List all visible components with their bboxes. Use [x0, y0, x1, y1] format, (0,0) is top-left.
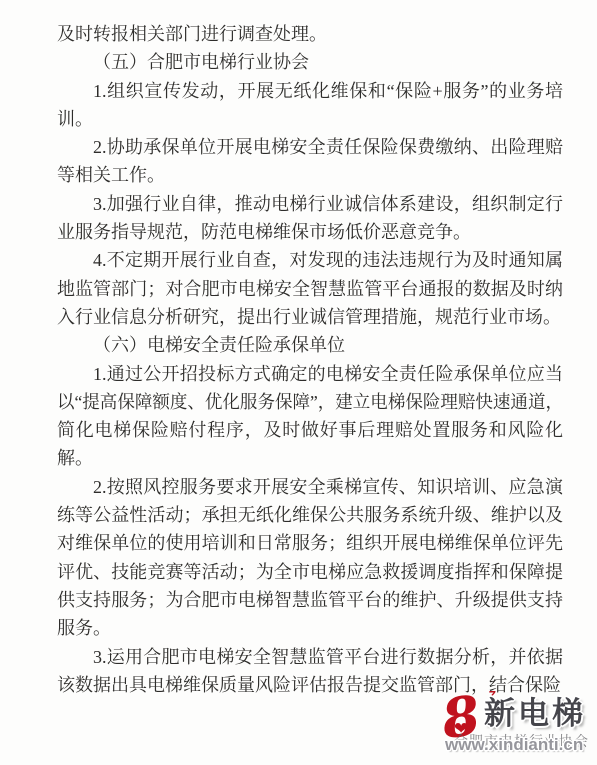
text-line: 1.组织宣传发动，开展无纸化维保和“保险+服务”的业务培 — [57, 77, 563, 105]
paragraph: 4.不定期开展行业自查，对发现的违法违规行为及时通知属地监管部门；对合肥市电梯安… — [57, 246, 563, 331]
paragraph: 2.协助承保单位开展电梯安全责任保险保费缴纳、出险理赔等相关工作。 — [57, 133, 563, 190]
text-line: 服务。 — [57, 614, 563, 642]
document-page: 及时转报相关部门进行调查处理。（五）合肥市电梯行业协会1.组织宣传发动，开展无纸… — [0, 0, 597, 765]
text-line: 地监管部门；对合肥市电梯安全智慧监管平台通报的数据及时纳 — [57, 275, 563, 303]
paragraph: 2.按照风控服务要求开展安全乘梯宣传、知识培训、应急演练等公益性活动；承担无纸化… — [57, 473, 563, 643]
text-line: （五）合肥市电梯行业协会 — [57, 48, 563, 76]
xindianti-logo: 8 ❤ 7 合肥市电梯行业协会 新电梯 www.xindianti.cn — [440, 694, 597, 765]
text-line: 1.通过公开招投标方式确定的电梯安全责任险承保单位应当 — [57, 360, 563, 388]
text-line: 供支持服务；为合肥市电梯智慧监管平台的维护、升级提供支持 — [57, 586, 563, 614]
paragraph: 及时转报相关部门进行调查处理。 — [57, 20, 563, 48]
text-line: 评优、技能竞赛等活动；为全市电梯应急救援调度指挥和保障提 — [57, 558, 563, 586]
text-line: 及时转报相关部门进行调查处理。 — [57, 20, 563, 48]
text-line: 训。 — [57, 105, 563, 133]
logo-title: 新电梯 — [484, 697, 586, 731]
paragraph: 3.加强行业自律，推动电梯行业诚信体系建设，组织制定行业服务指导规范，防范电梯维… — [57, 190, 563, 247]
paragraph: 1.组织宣传发动，开展无纸化维保和“保险+服务”的业务培训。 — [57, 77, 563, 134]
text-line: 3.运用合肥市电梯安全智慧监管平台进行数据分析，并依据 — [57, 643, 563, 671]
text-line: 简化电梯保险赔付程序，及时做好事后理赔处置服务和风险化 — [57, 416, 563, 444]
text-line: 练等公益性活动；承担无纸化维保公共服务系统升级、维护以及 — [57, 501, 563, 529]
logo-url: www.xindianti.cn — [445, 735, 583, 755]
text-line: 以“提高保障额度、优化服务保障”，建立电梯保险理赔快速通道， — [57, 388, 549, 416]
text-line: 2.按照风控服务要求开展安全乘梯宣传、知识培训、应急演 — [57, 473, 563, 501]
text-line: （六）电梯安全责任险承保单位 — [57, 331, 563, 359]
paragraph: 3.运用合肥市电梯安全智慧监管平台进行数据分析，并依据该数据出具电梯维保质量风险… — [57, 643, 563, 700]
text-block: 及时转报相关部门进行调查处理。（五）合肥市电梯行业协会1.组织宣传发动，开展无纸… — [57, 20, 563, 699]
text-line: 2.协助承保单位开展电梯安全责任保险保费缴纳、出险理赔 — [57, 133, 563, 161]
text-line: 等相关工作。 — [57, 161, 563, 189]
text-line: 4.不定期开展行业自查，对发现的违法违规行为及时通知属 — [57, 246, 563, 274]
paragraph: 1.通过公开招投标方式确定的电梯安全责任险承保单位应当以“提高保障额度、优化服务… — [57, 360, 563, 473]
text-line: 解。 — [57, 444, 563, 472]
section-heading: （五）合肥市电梯行业协会 — [57, 48, 563, 76]
text-line: 入行业信息分析研究，提出行业诚信管理措施，规范行业市场。 — [57, 303, 563, 331]
text-line: 对维保单位的使用培训和日常服务；组织开展电梯维保单位评先 — [57, 529, 563, 557]
text-line: 3.加强行业自律，推动电梯行业诚信体系建设，组织制定行 — [57, 190, 563, 218]
section-heading: （六）电梯安全责任险承保单位 — [57, 331, 563, 359]
text-line: 业服务指导规范，防范电梯维保市场低价恶意竞争。 — [57, 218, 563, 246]
